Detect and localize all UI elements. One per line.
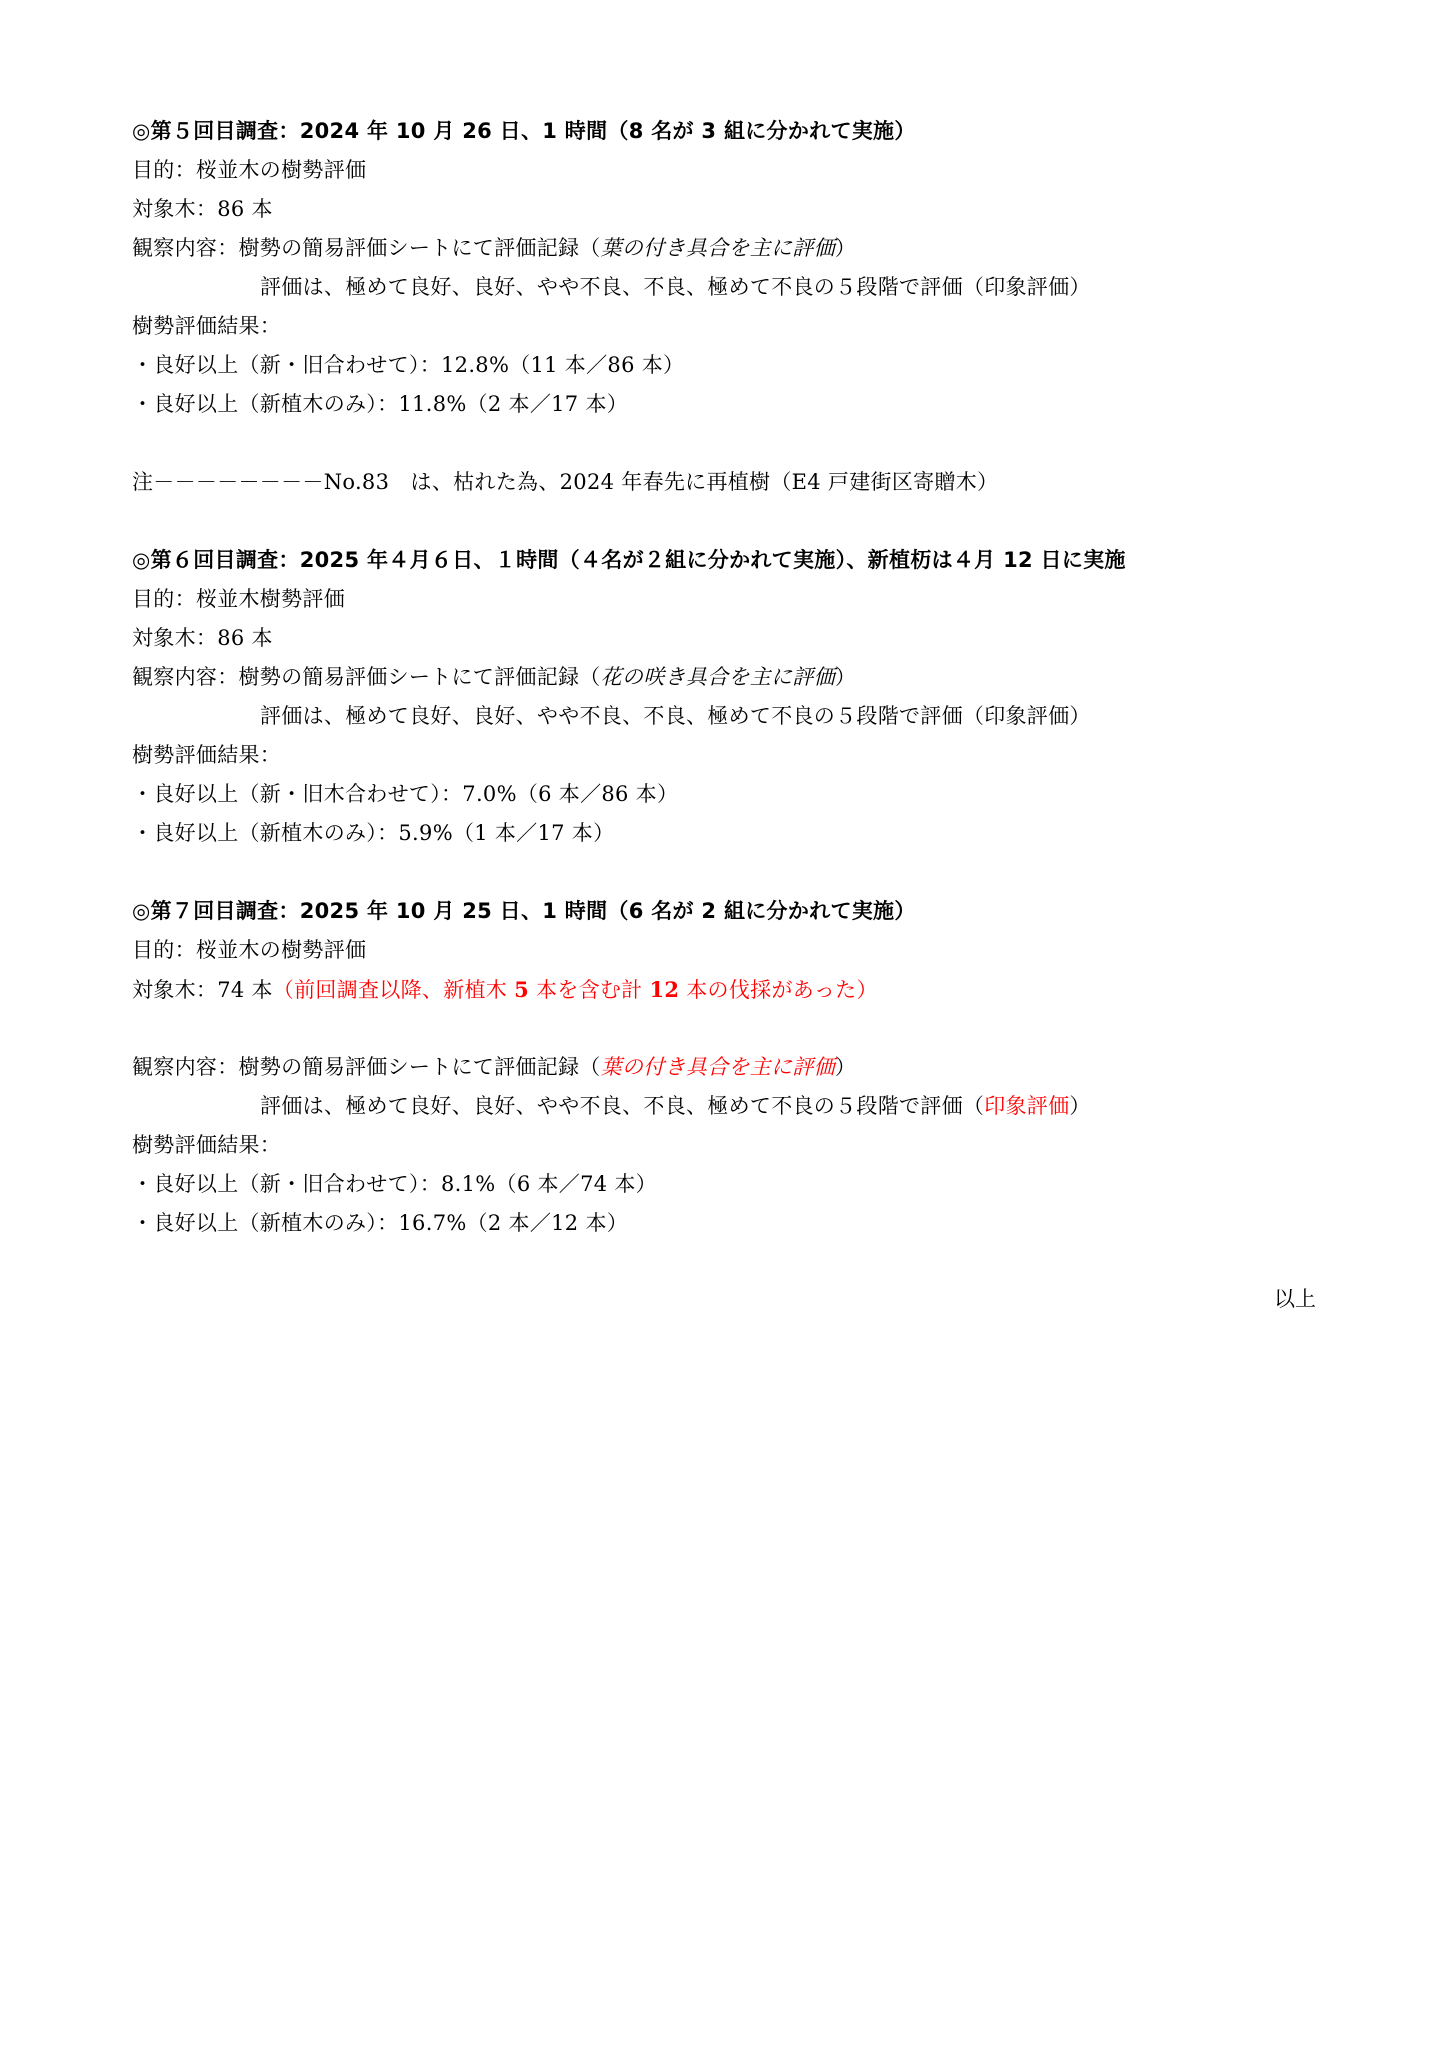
survey-7-result-item: ・良好以上（新・旧合わせて）：8.1%（6 本／74 本） — [132, 1165, 1332, 1204]
survey-5-observation: 観察内容：樹勢の簡易評価シートにて評価記録（葉の付き具合を主に評価） — [132, 229, 1332, 268]
scale-prefix: 評価は、極めて良好、良好、やや不良、不良、極めて不良の５段階で評価（ — [260, 704, 984, 728]
scale-method: 印象評価 — [984, 275, 1069, 299]
scale-suffix: ） — [1069, 704, 1090, 728]
survey-5-result-item: ・良好以上（新・旧合わせて）：12.8%（11 本／86 本） — [132, 346, 1332, 385]
survey-7-section: ◎第７回目調査：2025 年 10 月 25 日、1 時間（6 名が 2 組に分… — [132, 892, 1332, 1243]
observation-suffix: ） — [835, 236, 856, 260]
survey-6-heading: ◎第６回目調査：2025 年４月６日、１時間（４名が２組に分かれて実施）、新植杤… — [132, 541, 1332, 580]
survey-7-target: 対象木：74 本（前回調査以降、新植木 5 本を含む計 12 本の伐採があった） — [132, 970, 1332, 1009]
survey-6-section: ◎第６回目調査：2025 年４月６日、１時間（４名が２組に分かれて実施）、新植杤… — [132, 541, 1332, 853]
spacer — [132, 424, 1332, 463]
closing-mark: 以上 — [1274, 1280, 1316, 1319]
survey-7-result-item: ・良好以上（新植木のみ）：16.7%（2 本／12 本） — [132, 1204, 1332, 1243]
survey-7-results-label: 樹勢評価結果： — [132, 1126, 1332, 1165]
scale-prefix: 評価は、極めて良好、良好、やや不良、不良、極めて不良の５段階で評価（ — [260, 1094, 984, 1118]
scale-method: 印象評価 — [984, 1094, 1069, 1118]
survey-7-purpose: 目的：桜並木の樹勢評価 — [132, 931, 1332, 970]
observation-focus: 葉の付き具合を主に評価 — [601, 236, 835, 260]
survey-5-section: ◎第５回目調査：2024 年 10 月 26 日、1 時間（8 名が 3 組に分… — [132, 112, 1332, 424]
observation-prefix: 観察内容：樹勢の簡易評価シートにて評価記録（ — [132, 1055, 601, 1079]
scale-prefix: 評価は、極めて良好、良好、やや不良、不良、極めて不良の５段階で評価（ — [260, 275, 984, 299]
target-count: 対象木：74 本 — [132, 978, 273, 1002]
felling-note-mid: 本を含む計 — [529, 978, 649, 1002]
survey-5-purpose: 目的：桜並木の樹勢評価 — [132, 151, 1332, 190]
replant-note: 注－－－－－－－－No.83 は、枯れた為、2024 年春先に再植樹（E4 戸建… — [132, 463, 1332, 502]
observation-suffix: ） — [835, 1055, 856, 1079]
spacer — [132, 853, 1332, 892]
survey-6-scale: 評価は、極めて良好、良好、やや不良、不良、極めて不良の５段階で評価（印象評価） — [132, 697, 1332, 736]
survey-5-heading: ◎第５回目調査：2024 年 10 月 26 日、1 時間（8 名が 3 組に分… — [132, 112, 1332, 151]
survey-7-heading: ◎第７回目調査：2025 年 10 月 25 日、1 時間（6 名が 2 組に分… — [132, 892, 1332, 931]
survey-6-target: 対象木：86 本 — [132, 619, 1332, 658]
felling-note: （前回調査以降、新植木 5 本を含む計 12 本の伐採があった） — [273, 978, 878, 1002]
felled-new-count: 5 — [514, 977, 529, 1002]
survey-5-target: 対象木：86 本 — [132, 190, 1332, 229]
observation-suffix: ） — [835, 665, 856, 689]
observation-focus: 葉の付き具合を主に評価 — [601, 1055, 835, 1079]
survey-6-results-label: 樹勢評価結果： — [132, 736, 1332, 775]
survey-6-result-item: ・良好以上（新植木のみ）：5.9%（1 本／17 本） — [132, 814, 1332, 853]
spacer — [132, 502, 1332, 541]
survey-6-result-item: ・良好以上（新・旧木合わせて）：7.0%（6 本／86 本） — [132, 775, 1332, 814]
survey-5-results-label: 樹勢評価結果： — [132, 307, 1332, 346]
survey-5-result-item: ・良好以上（新植木のみ）：11.8%（2 本／17 本） — [132, 385, 1332, 424]
survey-7-observation: 観察内容：樹勢の簡易評価シートにて評価記録（葉の付き具合を主に評価） — [132, 1048, 1332, 1087]
observation-focus: 花の咲き具合を主に評価 — [601, 665, 835, 689]
observation-prefix: 観察内容：樹勢の簡易評価シートにて評価記録（ — [132, 236, 601, 260]
felling-note-suffix: 本の伐採があった） — [679, 978, 877, 1002]
survey-7-scale: 評価は、極めて良好、良好、やや不良、不良、極めて不良の５段階で評価（印象評価） — [132, 1087, 1332, 1126]
document-body: ◎第５回目調査：2024 年 10 月 26 日、1 時間（8 名が 3 組に分… — [132, 112, 1332, 1243]
survey-6-observation: 観察内容：樹勢の簡易評価シートにて評価記録（花の咲き具合を主に評価） — [132, 658, 1332, 697]
felled-total-count: 12 — [649, 977, 679, 1002]
scale-suffix: ） — [1069, 1094, 1090, 1118]
observation-prefix: 観察内容：樹勢の簡易評価シートにて評価記録（ — [132, 665, 601, 689]
survey-5-scale: 評価は、極めて良好、良好、やや不良、不良、極めて不良の５段階で評価（印象評価） — [132, 268, 1332, 307]
scale-method: 印象評価 — [984, 704, 1069, 728]
spacer — [132, 1009, 1332, 1048]
felling-note-prefix: （前回調査以降、新植木 — [273, 978, 514, 1002]
survey-6-purpose: 目的：桜並木樹勢評価 — [132, 580, 1332, 619]
scale-suffix: ） — [1069, 275, 1090, 299]
